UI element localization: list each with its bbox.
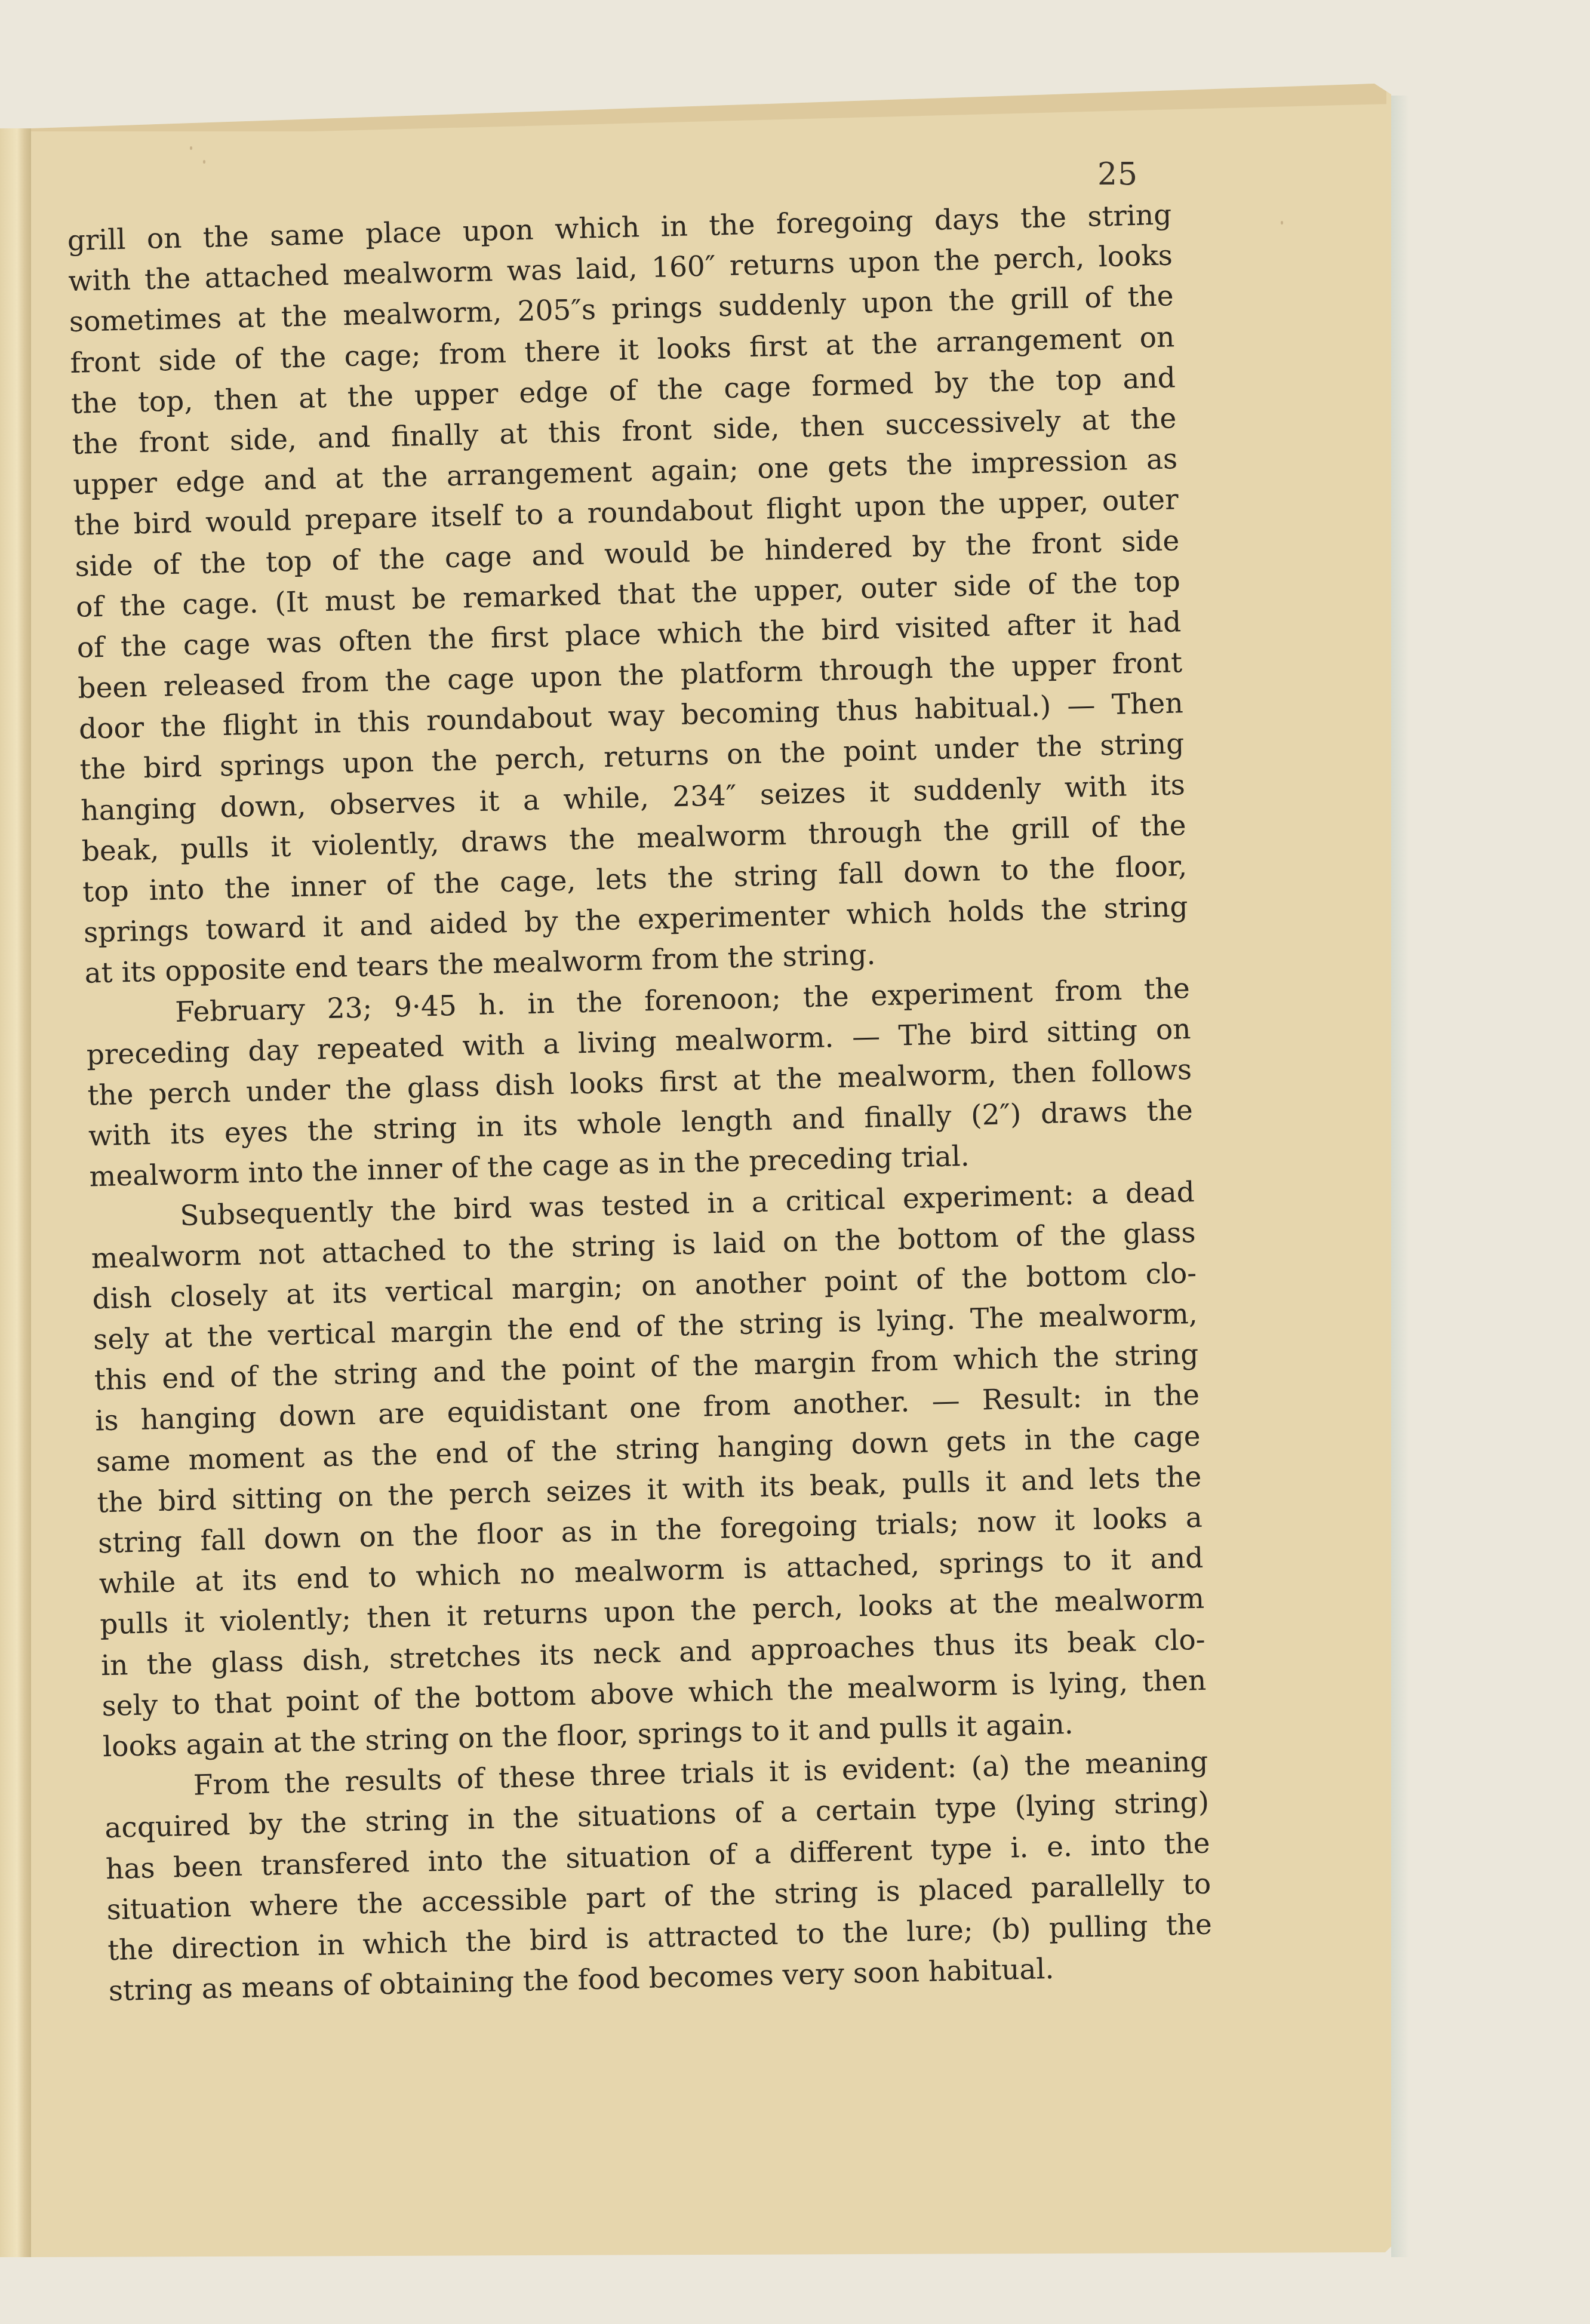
paragraph: Subsequently the bird was tested in a cr… <box>90 1172 1208 1767</box>
paper-speck <box>190 146 192 150</box>
paper-speck <box>203 160 205 164</box>
paragraph: From the results of these three trials i… <box>103 1742 1213 2012</box>
body-text: grill on the same place upon which in th… <box>67 195 1213 2012</box>
book-spine-edge <box>0 128 31 2257</box>
paper-speck <box>1281 221 1283 225</box>
paragraph: grill on the same place upon which in th… <box>67 195 1189 994</box>
page-shadow <box>1391 96 1409 2257</box>
page-number: 25 <box>1097 156 1138 192</box>
paragraph: February 23; 9·45 h. in the forenoon; th… <box>85 969 1195 1198</box>
